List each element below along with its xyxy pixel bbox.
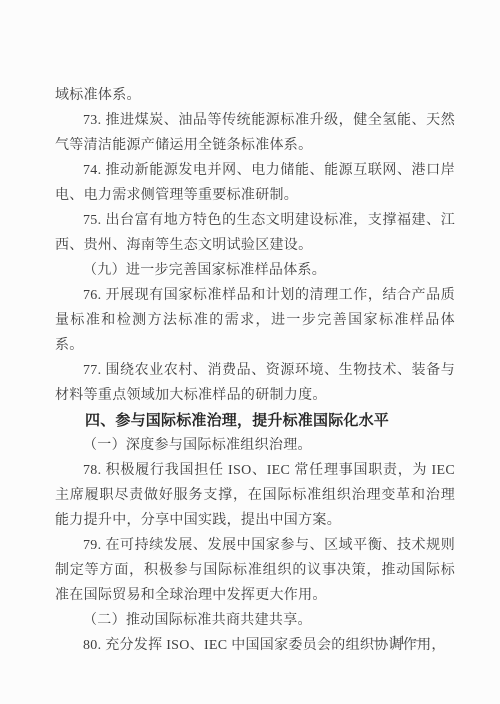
paragraph: （一）深度参与国际标准组织治理。 <box>55 433 455 458</box>
paragraph: 78. 积极履行我国担任 ISO、IEC 常任理事国职责，为 IEC 主席履职尽… <box>55 458 455 533</box>
paragraph: 79. 在可持续发展、发展中国家参与、区域平衡、技术规则制定等方面，积极参与国际… <box>55 533 455 608</box>
paragraph: 74. 推动新能源发电并网、电力储能、能源互联网、港口岸电、电力需求侧管理等重要… <box>55 158 455 208</box>
paragraph: 75. 出台富有地方特色的生态文明建设标准，支撑福建、江西、贵州、海南等生态文明… <box>55 208 455 258</box>
paragraph: 73. 推进煤炭、油品等传统能源标准升级，健全氢能、天然气等清洁能源产储运用全链… <box>55 108 455 158</box>
document-page: 域标准体系。73. 推进煤炭、油品等传统能源标准升级，健全氢能、天然气等清洁能源… <box>0 0 500 704</box>
page-number: — 11 — <box>372 633 427 647</box>
paragraph: （九）进一步完善国家标准样品体系。 <box>55 258 455 283</box>
paragraph: 77. 围绕农业农村、消费品、资源环境、生物技术、装备与材料等重点领域加大标准样… <box>55 358 455 408</box>
paragraph: 域标准体系。 <box>55 83 455 108</box>
section-heading: 四、参与国际标准治理，提升标准国际化水平 <box>55 408 455 433</box>
document-body: 域标准体系。73. 推进煤炭、油品等传统能源标准升级，健全氢能、天然气等清洁能源… <box>0 0 500 658</box>
paragraph: （二）推动国际标准共商共建共享。 <box>55 608 455 633</box>
paragraph: 76. 开展现有国家标准样品和计划的清理工作，结合产品质量标准和检测方法标准的需… <box>55 283 455 358</box>
